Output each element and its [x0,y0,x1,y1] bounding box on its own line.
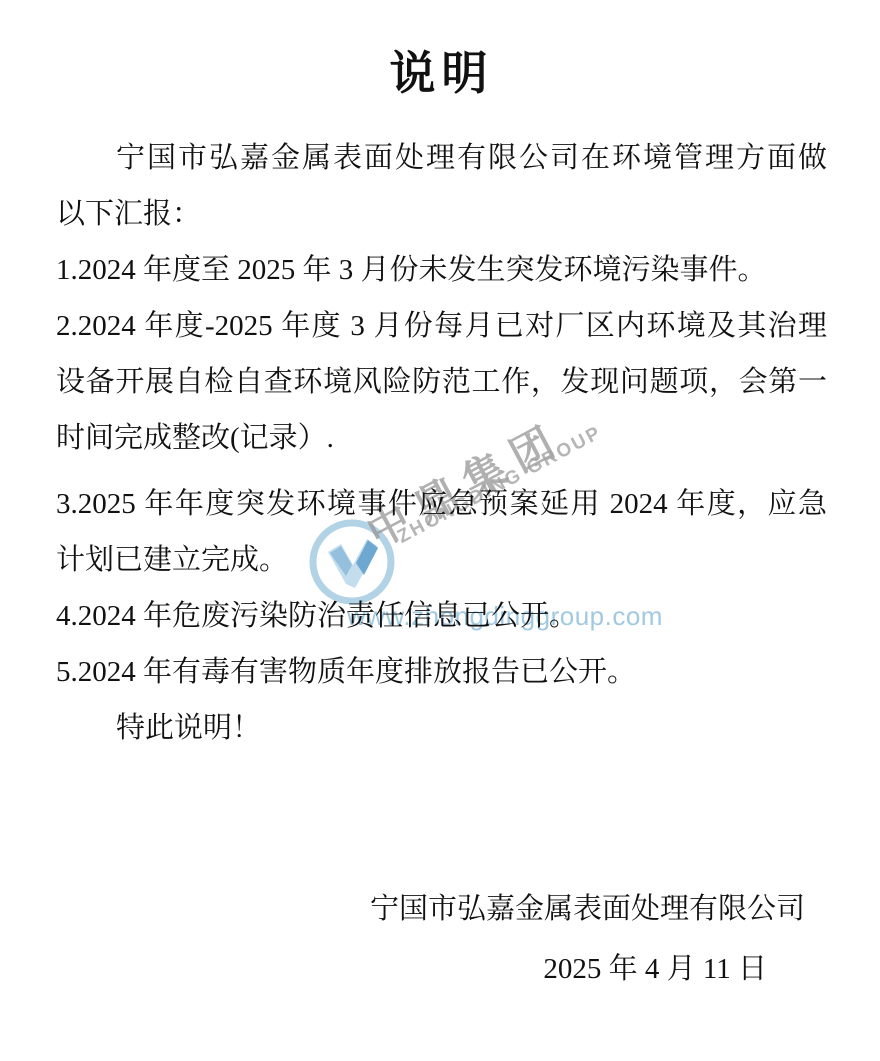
item-5-line-1: 5.2024 年有毒有害物质年度排放报告已公开。 [56,644,827,700]
document-content: 说明 宁国市弘嘉金属表面处理有限公司在环境管理方面做 以下汇报： 1.2024 … [56,0,827,997]
item-1-line-1: 1.2024 年度至 2025 年 3 月份未发生突发环境污染事件。 [56,242,827,298]
intro-line-1: 宁国市弘嘉金属表面处理有限公司在环境管理方面做 [56,130,827,186]
intro-line-2: 以下汇报： [56,186,827,242]
document-title: 说明 [56,0,827,106]
document-body: 宁国市弘嘉金属表面处理有限公司在环境管理方面做 以下汇报： 1.2024 年度至… [56,130,827,756]
item-3-line-2: 计划已建立完成。 [56,532,827,588]
item-2-line-3: 时间完成整改(记录）. [56,410,827,466]
document-page: 中鼎集团 ZHONGDING GROUP www.zhongdinggroup.… [0,0,880,1061]
signature-block: 宁国市弘嘉金属表面处理有限公司 2025 年 4 月 11 日 [56,881,827,997]
item-4-line-1: 4.2024 年危废污染防治责任信息已公开。 [56,588,827,644]
signature-company: 宁国市弘嘉金属表面处理有限公司 [56,881,827,937]
item-2-line-2: 设备开展自检自查环境风险防范工作，发现问题项，会第一 [56,354,827,410]
signature-date: 2025 年 4 月 11 日 [56,941,827,997]
item-2-line-1: 2.2024 年度-2025 年度 3 月份每月已对厂区内环境及其治理 [56,298,827,354]
item-3-line-1: 3.2025 年年度突发环境事件应急预案延用 2024 年度，应急 [56,476,827,532]
closing-line: 特此说明！ [56,700,827,756]
